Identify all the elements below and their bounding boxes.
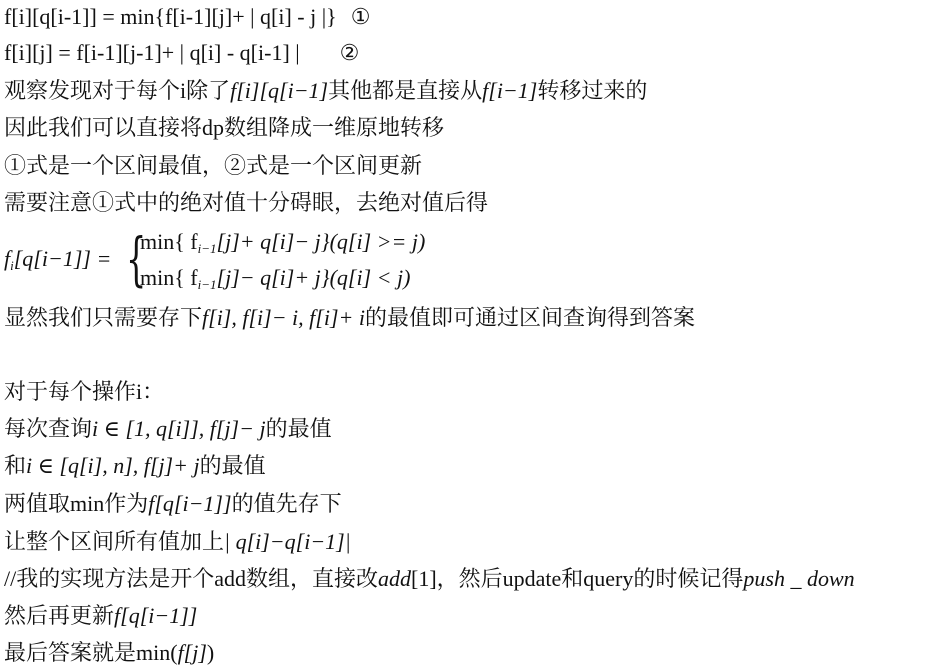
lhs-rest: [q[i−1]] = [14,246,112,271]
text-segment: 的值先存下 [232,491,342,516]
text-segment: 每次查询 [4,416,92,441]
implementation-note: //我的实现方法是开个add数组，直接改add[1]，然后update和quer… [4,564,855,594]
text-segment: 让整个区间所有值加上 [4,529,224,554]
update-line: 然后再更新f[q[i−1]] [4,601,197,631]
text-segment: [1]，然后update和query的时候记得 [411,566,743,591]
math-segment: f[i], f[i]− i, f[i]+ i [202,305,365,330]
math-segment: i ∈ [q[i], n], f[j]+ j [26,453,200,478]
piecewise-formula: fi[q[i−1]] = { min{ fi−1[j]+ q[i]− j}(q[… [4,224,474,294]
text-segment: 需要注意①式中的绝对值十分碍眼，去绝对值后得 [4,190,488,215]
case-pre: min{ f [140,265,198,290]
equation-1-text: f[i][q[i-1]] = min{f[i-1][j]+ | q[i] - j… [4,4,337,29]
per-operation-heading: 对于每个操作i： [4,377,164,407]
absolute-value-note: 需要注意①式中的绝对值十分碍眼，去绝对值后得 [4,188,488,218]
math-segment: f[j] [178,640,207,665]
piecewise-lhs: fi[q[i−1]] = [4,244,111,281]
text-segment: 两值取min作为 [4,491,148,516]
text-segment: 转移过来的 [537,78,647,103]
operation-types-line: ①式是一个区间最值，②式是一个区间更新 [4,151,422,181]
text-segment: 的最值即可通过区间查询得到答案 [365,305,695,330]
math-segment: f[i−1] [482,78,537,103]
case-post: [j]− q[i]+ j}(q[i] < j) [217,265,411,290]
math-segment: add [378,566,411,591]
text-segment: 其他都是直接从 [328,78,482,103]
query-2-line: 和i ∈ [q[i], n], f[j]+ j的最值 [4,451,266,481]
math-segment: push _ down [743,566,854,591]
store-values-line: 显然我们只需要存下f[i], f[i]− i, f[i]+ i的最值即可通过区间… [4,303,695,333]
observation-line: 观察发现对于每个i除了f[i][q[i−1]其他都是直接从f[i−1]转移过来的 [4,76,647,106]
math-segment: f[q[i−1]] [114,603,197,628]
text-segment: ) [207,640,214,665]
answer-line: 最后答案就是min(f[j]) [4,638,214,668]
equation-1: f[i][q[i-1]] = min{f[i-1][j]+ | q[i] - j… [4,2,370,32]
math-segment: i ∈ [1, q[i]], f[j]− j [92,416,266,441]
piecewise-case-2: min{ fi−1[j]− q[i]+ j}(q[i] < j) [140,263,410,300]
query-1-line: 每次查询i ∈ [1, q[i]], f[j]− j的最值 [4,414,332,444]
text-segment: 对于每个操作i： [4,379,164,404]
text-segment: ①式是一个区间最值，②式是一个区间更新 [4,153,422,178]
text-segment: 因此我们可以直接将dp数组降成一维原地转移 [4,115,444,140]
text-segment: 显然我们只需要存下 [4,305,202,330]
text-segment: 和 [4,453,26,478]
add-all-line: 让整个区间所有值加上| q[i]−q[i−1]| [4,527,351,557]
text-segment: 然后再更新 [4,603,114,628]
case-pre: min{ f [140,229,198,254]
text-segment: 的最值 [266,416,332,441]
math-segment: f[q[i−1]] [148,491,231,516]
text-segment: //我的实现方法是开个add数组，直接改 [4,566,378,591]
text-segment: 观察发现对于每个i除了 [4,78,230,103]
case-post: [j]+ q[i]− j}(q[i] >= j) [217,229,426,254]
math-segment: f[i][q[i−1] [230,78,328,103]
case-subscript: i−1 [198,241,217,256]
circled-one-marker: ① [351,4,371,29]
equation-2-text: f[i][j] = f[i-1][j-1]+ | q[i] - q[i-1] | [4,40,300,65]
piecewise-case-1: min{ fi−1[j]+ q[i]− j}(q[i] >= j) [140,227,425,264]
take-min-line: 两值取min作为f[q[i−1]]的值先存下 [4,489,342,519]
math-segment: | q[i]−q[i−1]| [224,529,351,554]
circled-two-marker: ② [340,40,360,65]
text-segment: 的最值 [200,453,266,478]
reduce-dimension-line: 因此我们可以直接将dp数组降成一维原地转移 [4,113,444,143]
case-subscript: i−1 [198,277,217,292]
text-segment: 最后答案就是min( [4,640,178,665]
equation-2: f[i][j] = f[i-1][j-1]+ | q[i] - q[i-1] |… [4,38,359,68]
